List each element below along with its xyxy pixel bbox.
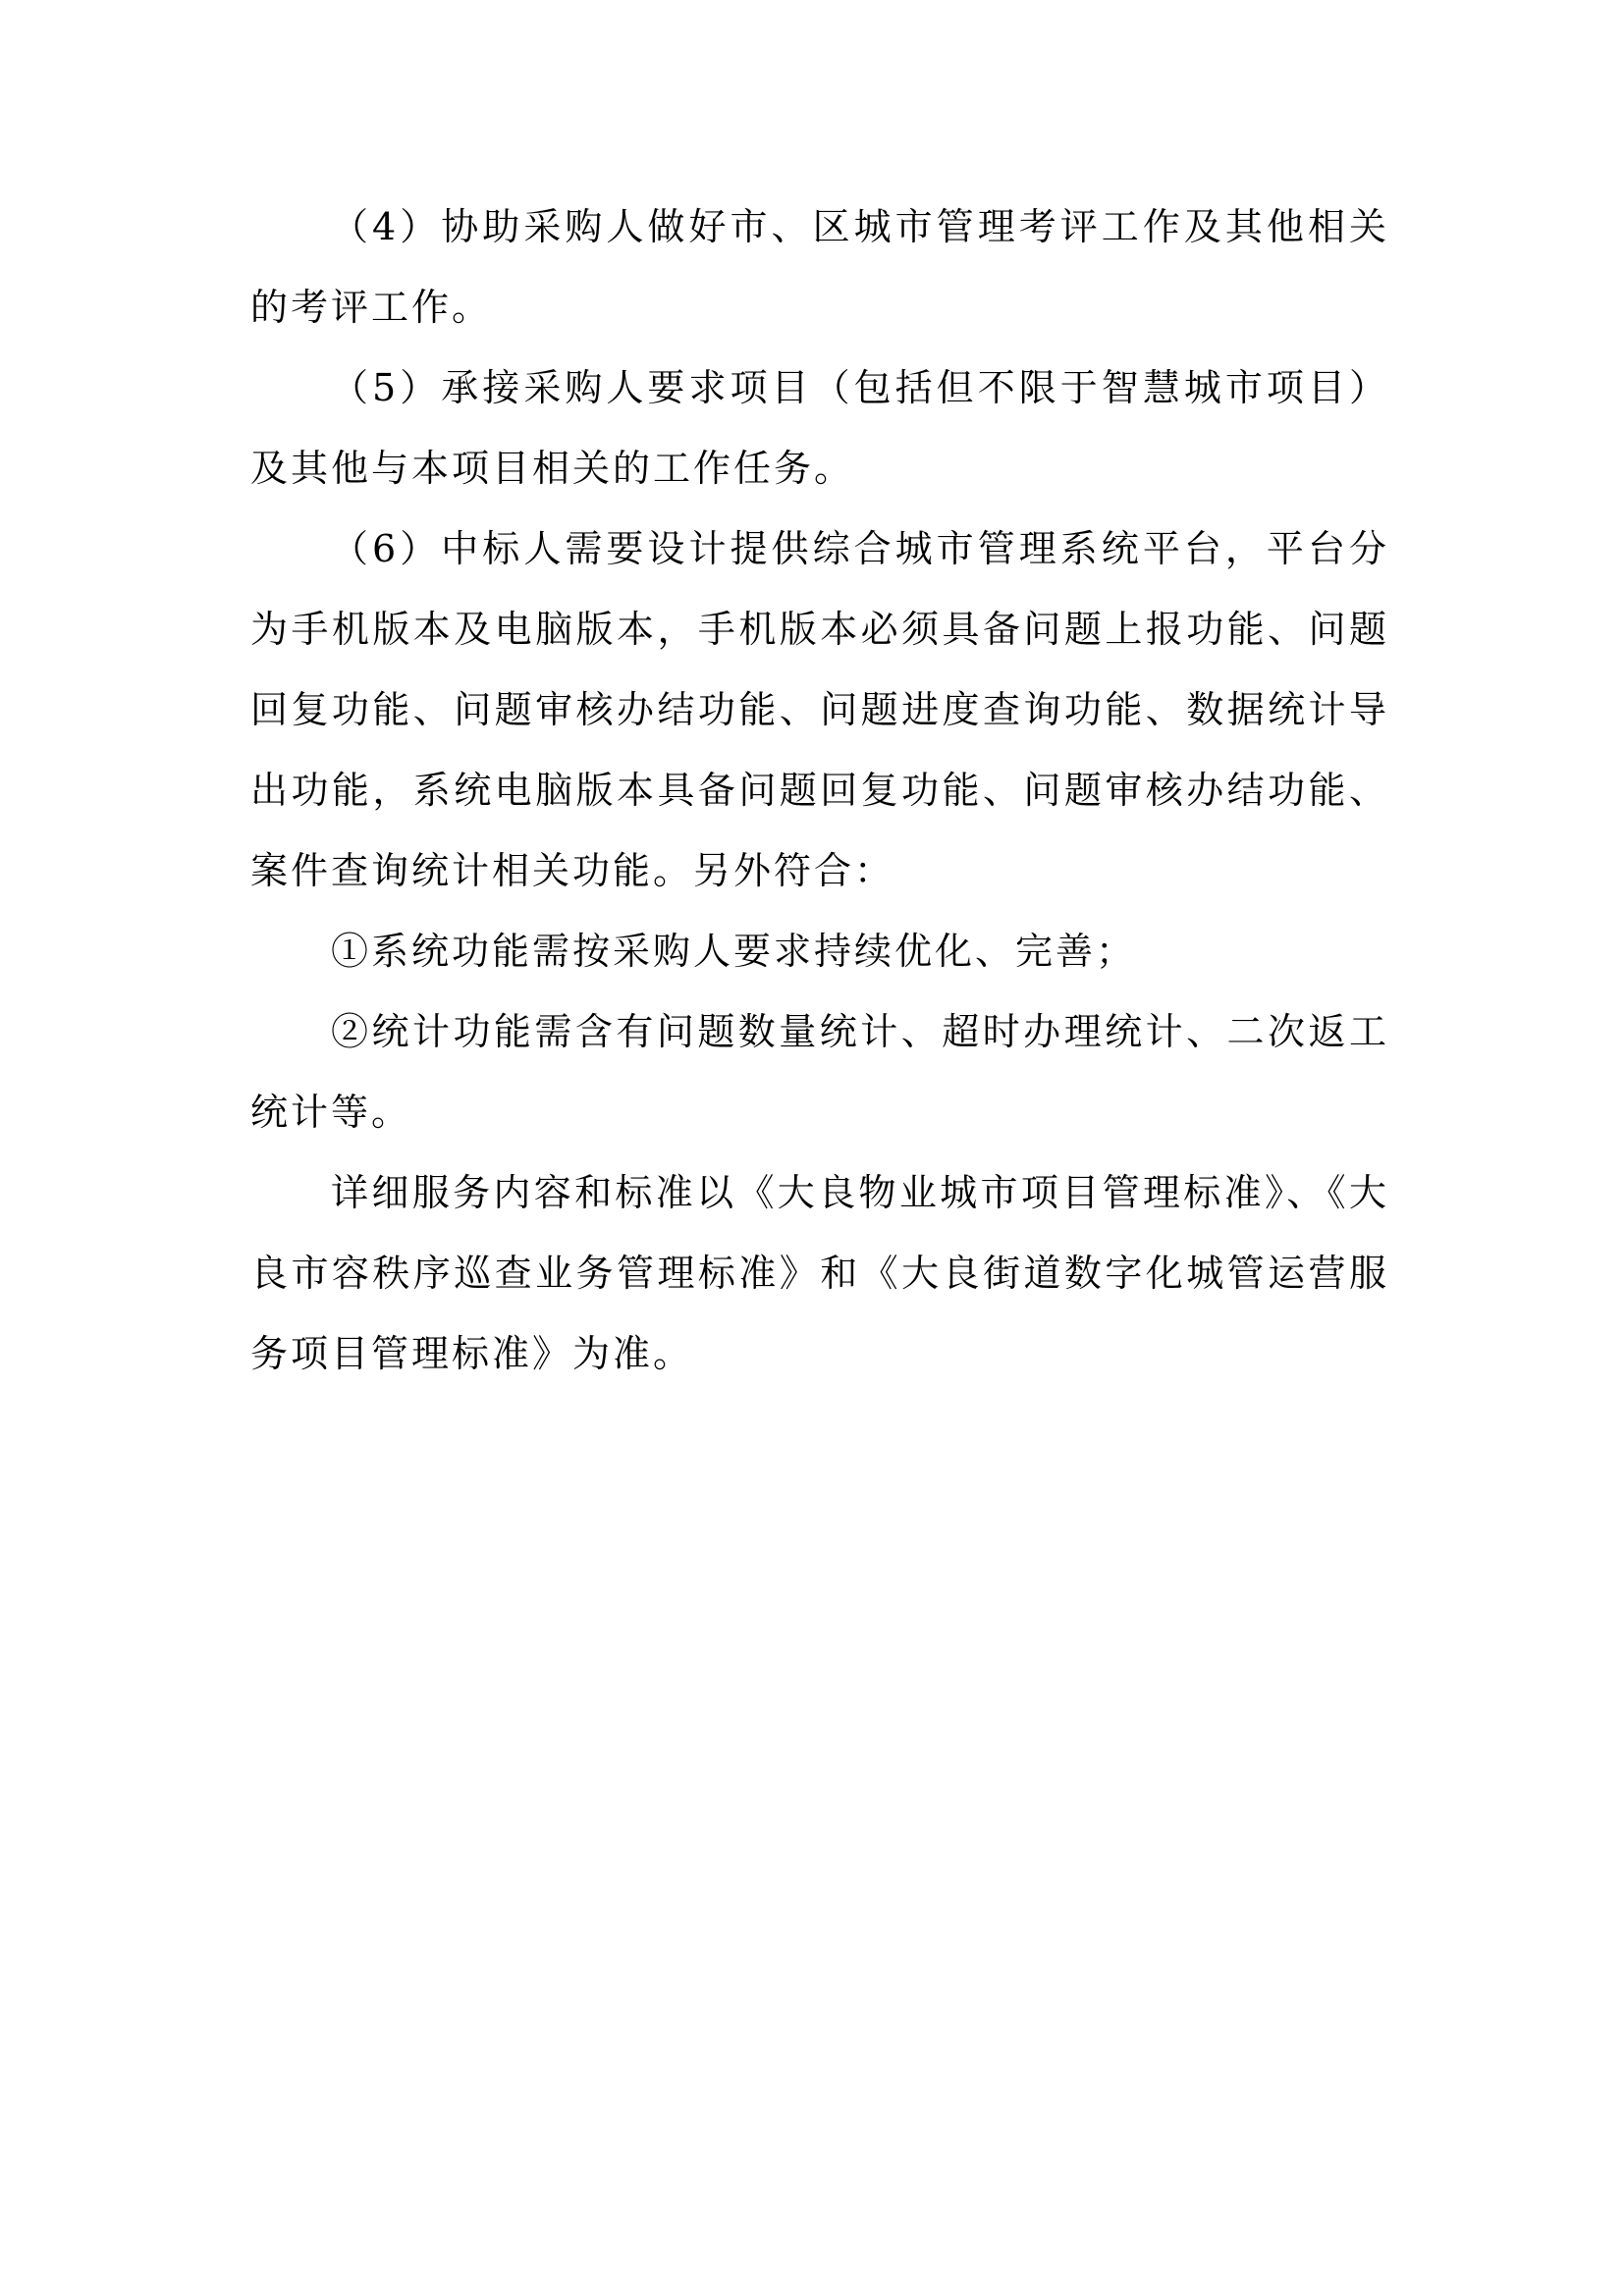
paragraph-item-4: （4）协助采购人做好市、区城市管理考评工作及其他相关的考评工作。 (250, 187, 1389, 347)
paragraph-item-5: （5）承接采购人要求项目（包括但不限于智慧城市项目）及其他与本项目相关的工作任务… (250, 347, 1389, 508)
sub-item-2: ②统计功能需含有问题数量统计、超时办理统计、二次返工统计等。 (250, 991, 1389, 1152)
sub-item-1: ①系统功能需按采购人要求持续优化、完善； (250, 911, 1389, 991)
paragraph-item-6: （6）中标人需要设计提供综合城市管理系统平台，平台分为手机版本及电脑版本，手机版… (250, 508, 1389, 911)
paragraph-standards: 详细服务内容和标准以《大良物业城市项目管理标准》、《大良市容秩序巡查业务管理标准… (250, 1152, 1389, 1394)
document-page: （4）协助采购人做好市、区城市管理考评工作及其他相关的考评工作。 （5）承接采购… (250, 187, 1389, 1394)
